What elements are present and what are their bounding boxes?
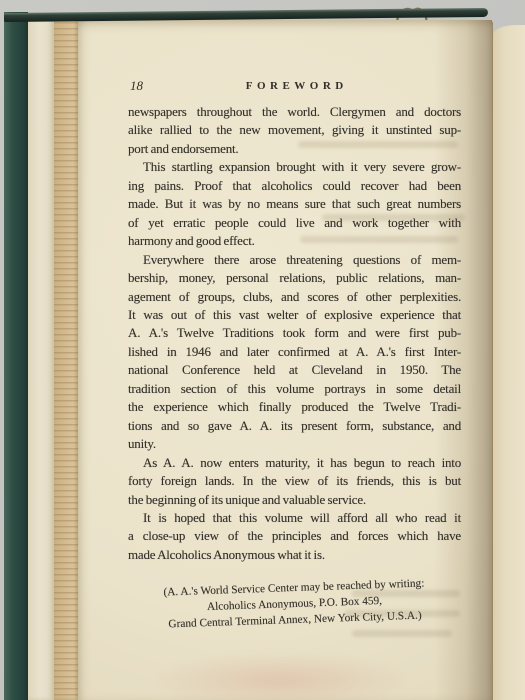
book-page: 18 FOREWORD newspapers throughout the wo… [78,20,492,700]
text-line: made Alcoholics Anonymous what it is. [128,546,461,564]
text-line: agement of groups, clubs, and scores of … [128,288,461,306]
text-line: tions and so gave A. A. its present form… [128,417,461,435]
text-line: a close-up view of the principles and fo… [128,527,461,545]
show-through-ghost [352,630,452,637]
show-through-ghost [345,610,460,617]
text-line: tradition section of this volume portray… [128,380,461,398]
text-line: made. But it was by no means sure that s… [128,195,461,213]
photo-reflection [150,653,410,700]
text-line: bership, money, personal relations, publ… [128,269,461,287]
text-line: unity. [128,435,461,453]
show-through-ghost [298,141,458,148]
text-line: alike rallied to the new movement, givin… [128,121,461,139]
text-line: ing pains. Proof that alcoholics could r… [128,177,461,195]
page-text: newspapers throughout the world. Clergym… [128,103,461,564]
footnote: (A. A.'s World Service Center may be rea… [127,574,461,634]
show-through-ghost [352,590,460,597]
text-line: This startling expansion brought with it… [128,158,461,176]
endpaper-edge [28,16,54,700]
page-header: 18 FOREWORD [128,78,461,94]
show-through-ghost [300,236,458,243]
show-through-ghost [322,214,465,221]
page-edges [54,16,78,700]
book-photo: 18 FOREWORD newspapers throughout the wo… [0,0,525,700]
running-header: FOREWORD [128,79,461,94]
text-line: the experience which finally produced th… [128,398,461,416]
text-line: As A. A. now enters maturity, it has beg… [128,454,461,472]
text-line: forty foreign lands. In the view of its … [128,472,461,490]
facing-page [493,25,525,700]
text-line: A. A.'s Twelve Traditions took form and … [128,324,461,342]
text-line: Everywhere there arose threatening quest… [128,251,461,269]
text-line: the beginning of its unique and valuable… [128,491,461,509]
text-line: lished in 1946 and later confirmed at A.… [128,343,461,361]
text-line: newspapers throughout the world. Clergym… [128,103,461,121]
text-line: It was out of this vast welter of explos… [128,306,461,324]
text-line: It is hoped that this volume will afford… [128,509,461,527]
text-line: national Conference held at Cleveland in… [128,361,461,379]
book-cover-edge [4,12,28,700]
